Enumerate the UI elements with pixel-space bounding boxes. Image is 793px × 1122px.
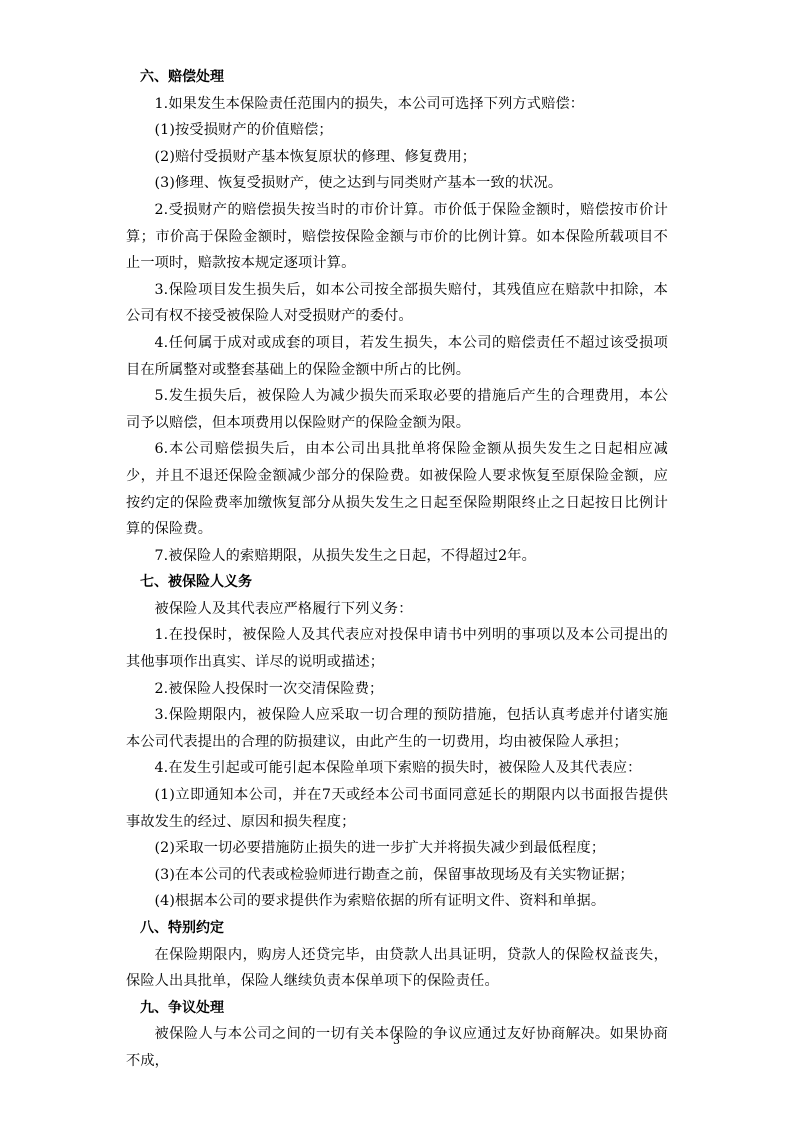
paragraph: 2.被保险人投保时一次交清保险费； bbox=[126, 676, 668, 703]
paragraph: 6.本公司赔偿损失后，由本公司出具批单将保险金额从损失发生之日起相应减少，并且不… bbox=[126, 436, 668, 542]
paragraph: 7.被保险人的索赔期限，从损失发生之日起，不得超过2年。 bbox=[126, 543, 668, 570]
paragraph: (1)按受损财产的价值赔偿； bbox=[126, 117, 668, 144]
section-compensation: 六、赔偿处理 1.如果发生本保险责任范围内的损失，本公司可选择下列方式赔偿： (… bbox=[126, 64, 668, 569]
paragraph: 在保险期限内，购房人还贷完毕，由贷款人出具证明，贷款人的保险权益丧失，保险人出具… bbox=[126, 942, 668, 995]
section-special-agreement: 八、特别约定 在保险期限内，购房人还贷完毕，由贷款人出具证明，贷款人的保险权益丧… bbox=[126, 915, 668, 995]
paragraph: (3)修理、恢复受损财产，使之达到与同类财产基本一致的状况。 bbox=[126, 170, 668, 197]
paragraph: (4)根据本公司的要求提供作为索赔依据的所有证明文件、资料和单据。 bbox=[126, 888, 668, 915]
paragraph: (2)采取一切必要措施防止损失的进一步扩大并将损失减少到最低程度； bbox=[126, 835, 668, 862]
paragraph: 被保险人及其代表应严格履行下列义务： bbox=[126, 596, 668, 623]
paragraph: (2)赔付受损财产基本恢复原状的修理、修复费用； bbox=[126, 144, 668, 171]
section-heading: 八、特别约定 bbox=[126, 915, 668, 942]
paragraph: 4.在发生引起或可能引起本保险单项下索赔的损失时，被保险人及其代表应： bbox=[126, 755, 668, 782]
paragraph: (1)立即通知本公司，并在7天或经本公司书面同意延长的期限内以书面报告提供事故发… bbox=[126, 782, 668, 835]
section-heading: 七、被保险人义务 bbox=[126, 569, 668, 596]
paragraph: 1.如果发生本保险责任范围内的损失，本公司可选择下列方式赔偿： bbox=[126, 91, 668, 118]
section-heading: 六、赔偿处理 bbox=[126, 64, 668, 91]
section-heading: 九、争议处理 bbox=[126, 995, 668, 1022]
paragraph: 3.保险项目发生损失后，如本公司按全部损失赔付，其残值应在赔款中扣除，本公司有权… bbox=[126, 277, 668, 330]
paragraph: 3.保险期限内，被保险人应采取一切合理的预防措施，包括认真考虑并付诸实施本公司代… bbox=[126, 702, 668, 755]
paragraph: 1.在投保时，被保险人及其代表应对投保申请书中列明的事项以及本公司提出的其他事项… bbox=[126, 622, 668, 675]
paragraph: 2.受损财产的赔偿损失按当时的市价计算。市价低于保险金额时，赔偿按市价计算；市价… bbox=[126, 197, 668, 277]
paragraph: (3)在本公司的代表或检验师进行勘查之前，保留事故现场及有关实物证据； bbox=[126, 862, 668, 889]
paragraph: 4.任何属于成对或成套的项目，若发生损失，本公司的赔偿责任不超过该受损项目在所属… bbox=[126, 330, 668, 383]
paragraph: 5.发生损失后，被保险人为减少损失而采取必要的措施后产生的合理费用，本公司予以赔… bbox=[126, 383, 668, 436]
document-page: 六、赔偿处理 1.如果发生本保险责任范围内的损失，本公司可选择下列方式赔偿： (… bbox=[126, 64, 668, 1075]
section-insured-obligations: 七、被保险人义务 被保险人及其代表应严格履行下列义务： 1.在投保时，被保险人及… bbox=[126, 569, 668, 915]
paragraph: 被保险人与本公司之间的一切有关本保险的争议应通过友好协商解决。如果协商不成， bbox=[126, 1021, 668, 1074]
page-number: 3 bbox=[0, 1034, 793, 1047]
